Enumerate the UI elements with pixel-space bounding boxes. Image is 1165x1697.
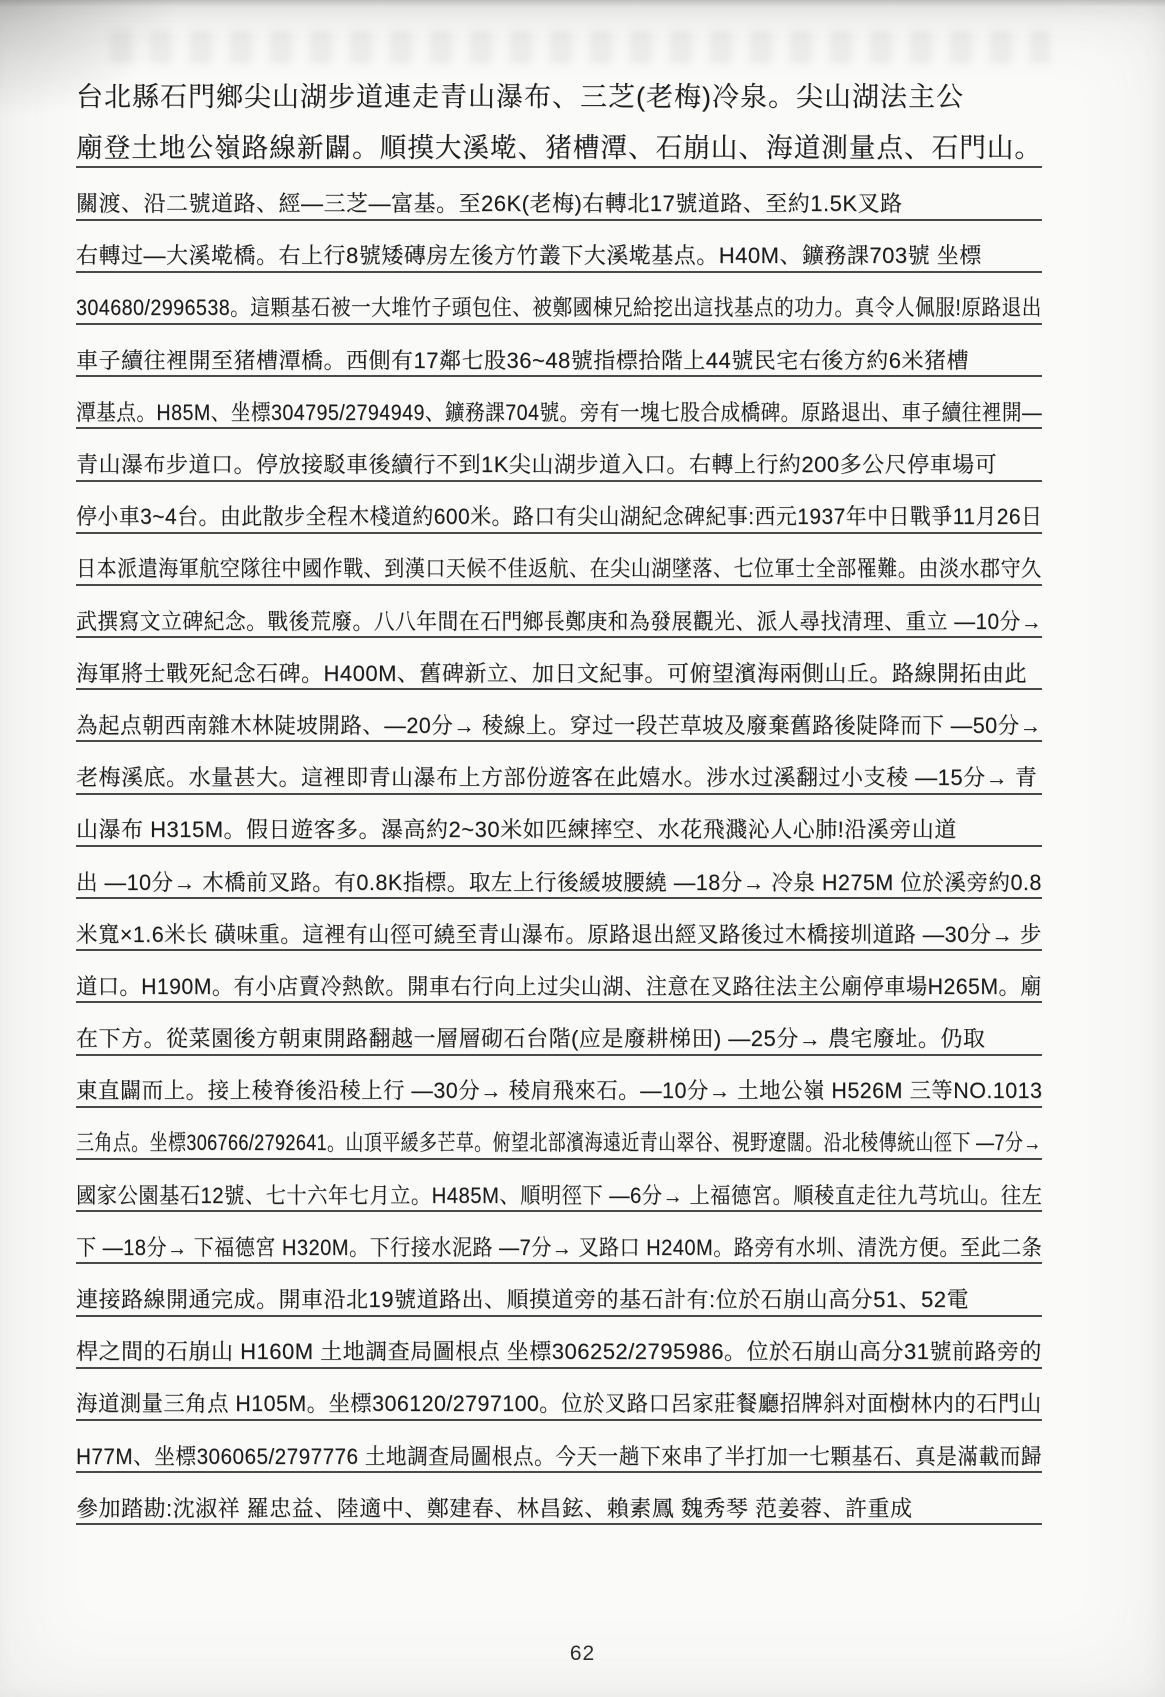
handwritten-line: 三角点。坐標306766/2792641。山頂平緩多芒草。俯望北部濱海遠近青山翠… bbox=[76, 1108, 1042, 1160]
handwritten-line: 桿之間的石崩山 H160M 土地調查局圖根点 坐標306252/2795986。… bbox=[76, 1317, 1042, 1369]
handwritten-line: 台北縣石門鄉尖山湖步道連走青山瀑布、三芝(老梅)冷泉。尖山湖法主公 bbox=[76, 66, 1042, 116]
handwritten-line: 老梅溪底。水量甚大。這裡即青山瀑布上方部份遊客在此嬉水。涉水过溪翻过小支稜 —1… bbox=[76, 742, 1042, 794]
handwritten-line: 武撰寫文立碑紀念。戰後荒廢。八八年間在石門鄉長鄭庚和為發展觀光、派人尋找清理、重… bbox=[76, 586, 1042, 638]
handwritten-line: 青山瀑布步道口。停放接駁車後續行不到1K尖山湖步道入口。右轉上行約200多公尺停… bbox=[76, 429, 1042, 481]
handwritten-line: 停小車3~4台。由此散步全程木棧道約600米。路口有尖山湖紀念碑紀事:西元193… bbox=[76, 482, 1042, 534]
handwritten-line: 國家公園基石12號、七十六年七月立。H485M、順明徑下 —6分→ 上福德宮。順… bbox=[76, 1160, 1042, 1212]
handwritten-line: 連接路線開通完成。開車沿北19號道路出、順摸道旁的基石計有:位於石崩山高分51、… bbox=[76, 1264, 1042, 1316]
handwritten-line: 出 —10分→ 木橋前叉路。有0.8K指標。取左上行後緩坡腰繞 —18分→ 冷泉… bbox=[76, 847, 1042, 899]
handwritten-line: 海軍將士戰死紀念石碑。H400M、舊碑新立、加日文紀事。可俯望濱海兩側山丘。路線… bbox=[76, 638, 1042, 690]
handwritten-line: 為起点朝西南雜木林陡坡開路、—20分→ 稜線上。穿过一段芒草坡及廢棄舊路後陡降而… bbox=[76, 690, 1042, 742]
bleed-through-artifact bbox=[110, 30, 1050, 64]
scanned-page: 台北縣石門鄉尖山湖步道連走青山瀑布、三芝(老梅)冷泉。尖山湖法主公 廟登土地公嶺… bbox=[0, 0, 1165, 1697]
handwritten-line: 在下方。從菜園後方朝東開路翻越一層層砌石台階(应是廢耕梯田) —25分→ 農宅廢… bbox=[76, 1003, 1042, 1055]
handwritten-line: 下 —18分→ 下福德宮 H320M。下行接水泥路 —7分→ 叉路口 H240M… bbox=[76, 1212, 1042, 1264]
handwritten-line: 參加踏勘:沈淑祥 羅忠益、陸適中、鄭建春、林昌鉉、賴素鳳 魏秀琴 范姜蓉、許重成 bbox=[76, 1473, 1042, 1525]
handwritten-line: 山瀑布 H315M。假日遊客多。瀑高約2~30米如匹練摔空、水花飛濺沁人心肺!沿… bbox=[76, 795, 1042, 847]
handwritten-line: H77M、坐標306065/2797776 土地調查局圖根点。今天一趟下來串了半… bbox=[76, 1421, 1042, 1473]
handwritten-line: 米寬×1.6米长 磺味重。這裡有山徑可繞至青山瀑布。原路退出經叉路後过木橋接圳道… bbox=[76, 899, 1042, 951]
handwritten-line: 潭基点。H85M、坐標304795/2794949、鑛務課704號。旁有一塊七股… bbox=[76, 377, 1042, 429]
handwritten-line: 關渡、沿二號道路、經—三芝—富基。至26K(老梅)右轉北17號道路、至約1.5K… bbox=[76, 168, 1042, 220]
handwritten-text-block: 台北縣石門鄉尖山湖步道連走青山瀑布、三芝(老梅)冷泉。尖山湖法主公 廟登土地公嶺… bbox=[76, 66, 1042, 1525]
handwritten-line: 右轉过—大溪墘橋。右上行8號矮磚房左後方竹叢下大溪墘基点。H40M、鑛務課703… bbox=[76, 221, 1042, 273]
handwritten-line: 海道測量三角点 H105M。坐標306120/2797100。位於叉路口呂家莊餐… bbox=[76, 1369, 1042, 1421]
handwritten-line: 304680/2996538。這顆基石被一大堆竹子頭包住、被鄭國棟兄給挖出這找基… bbox=[76, 273, 1042, 325]
handwritten-line: 車子續往裡開至猪槽潭橋。西側有17鄰七股36~48號指標拾階上44號民宅右後方約… bbox=[76, 325, 1042, 377]
handwritten-line: 廟登土地公嶺路線新闢。順摸大溪墘、猪槽潭、石崩山、海道測量点、石門山。 bbox=[76, 116, 1042, 168]
page-number: 62 bbox=[0, 1642, 1165, 1666]
handwritten-line: 道口。H190M。有小店賣冷熱飲。開車右行向上过尖山湖、注意在叉路往法主公廟停車… bbox=[76, 951, 1042, 1003]
handwritten-line: 日本派遣海軍航空隊往中國作戰、到漢口天候不佳返航、在尖山湖墜落、七位軍士全部罹難… bbox=[76, 534, 1042, 586]
handwritten-line: 東直闢而上。接上稜脊後沿稜上行 —30分→ 稜肩飛來石。—10分→ 土地公嶺 H… bbox=[76, 1056, 1042, 1108]
